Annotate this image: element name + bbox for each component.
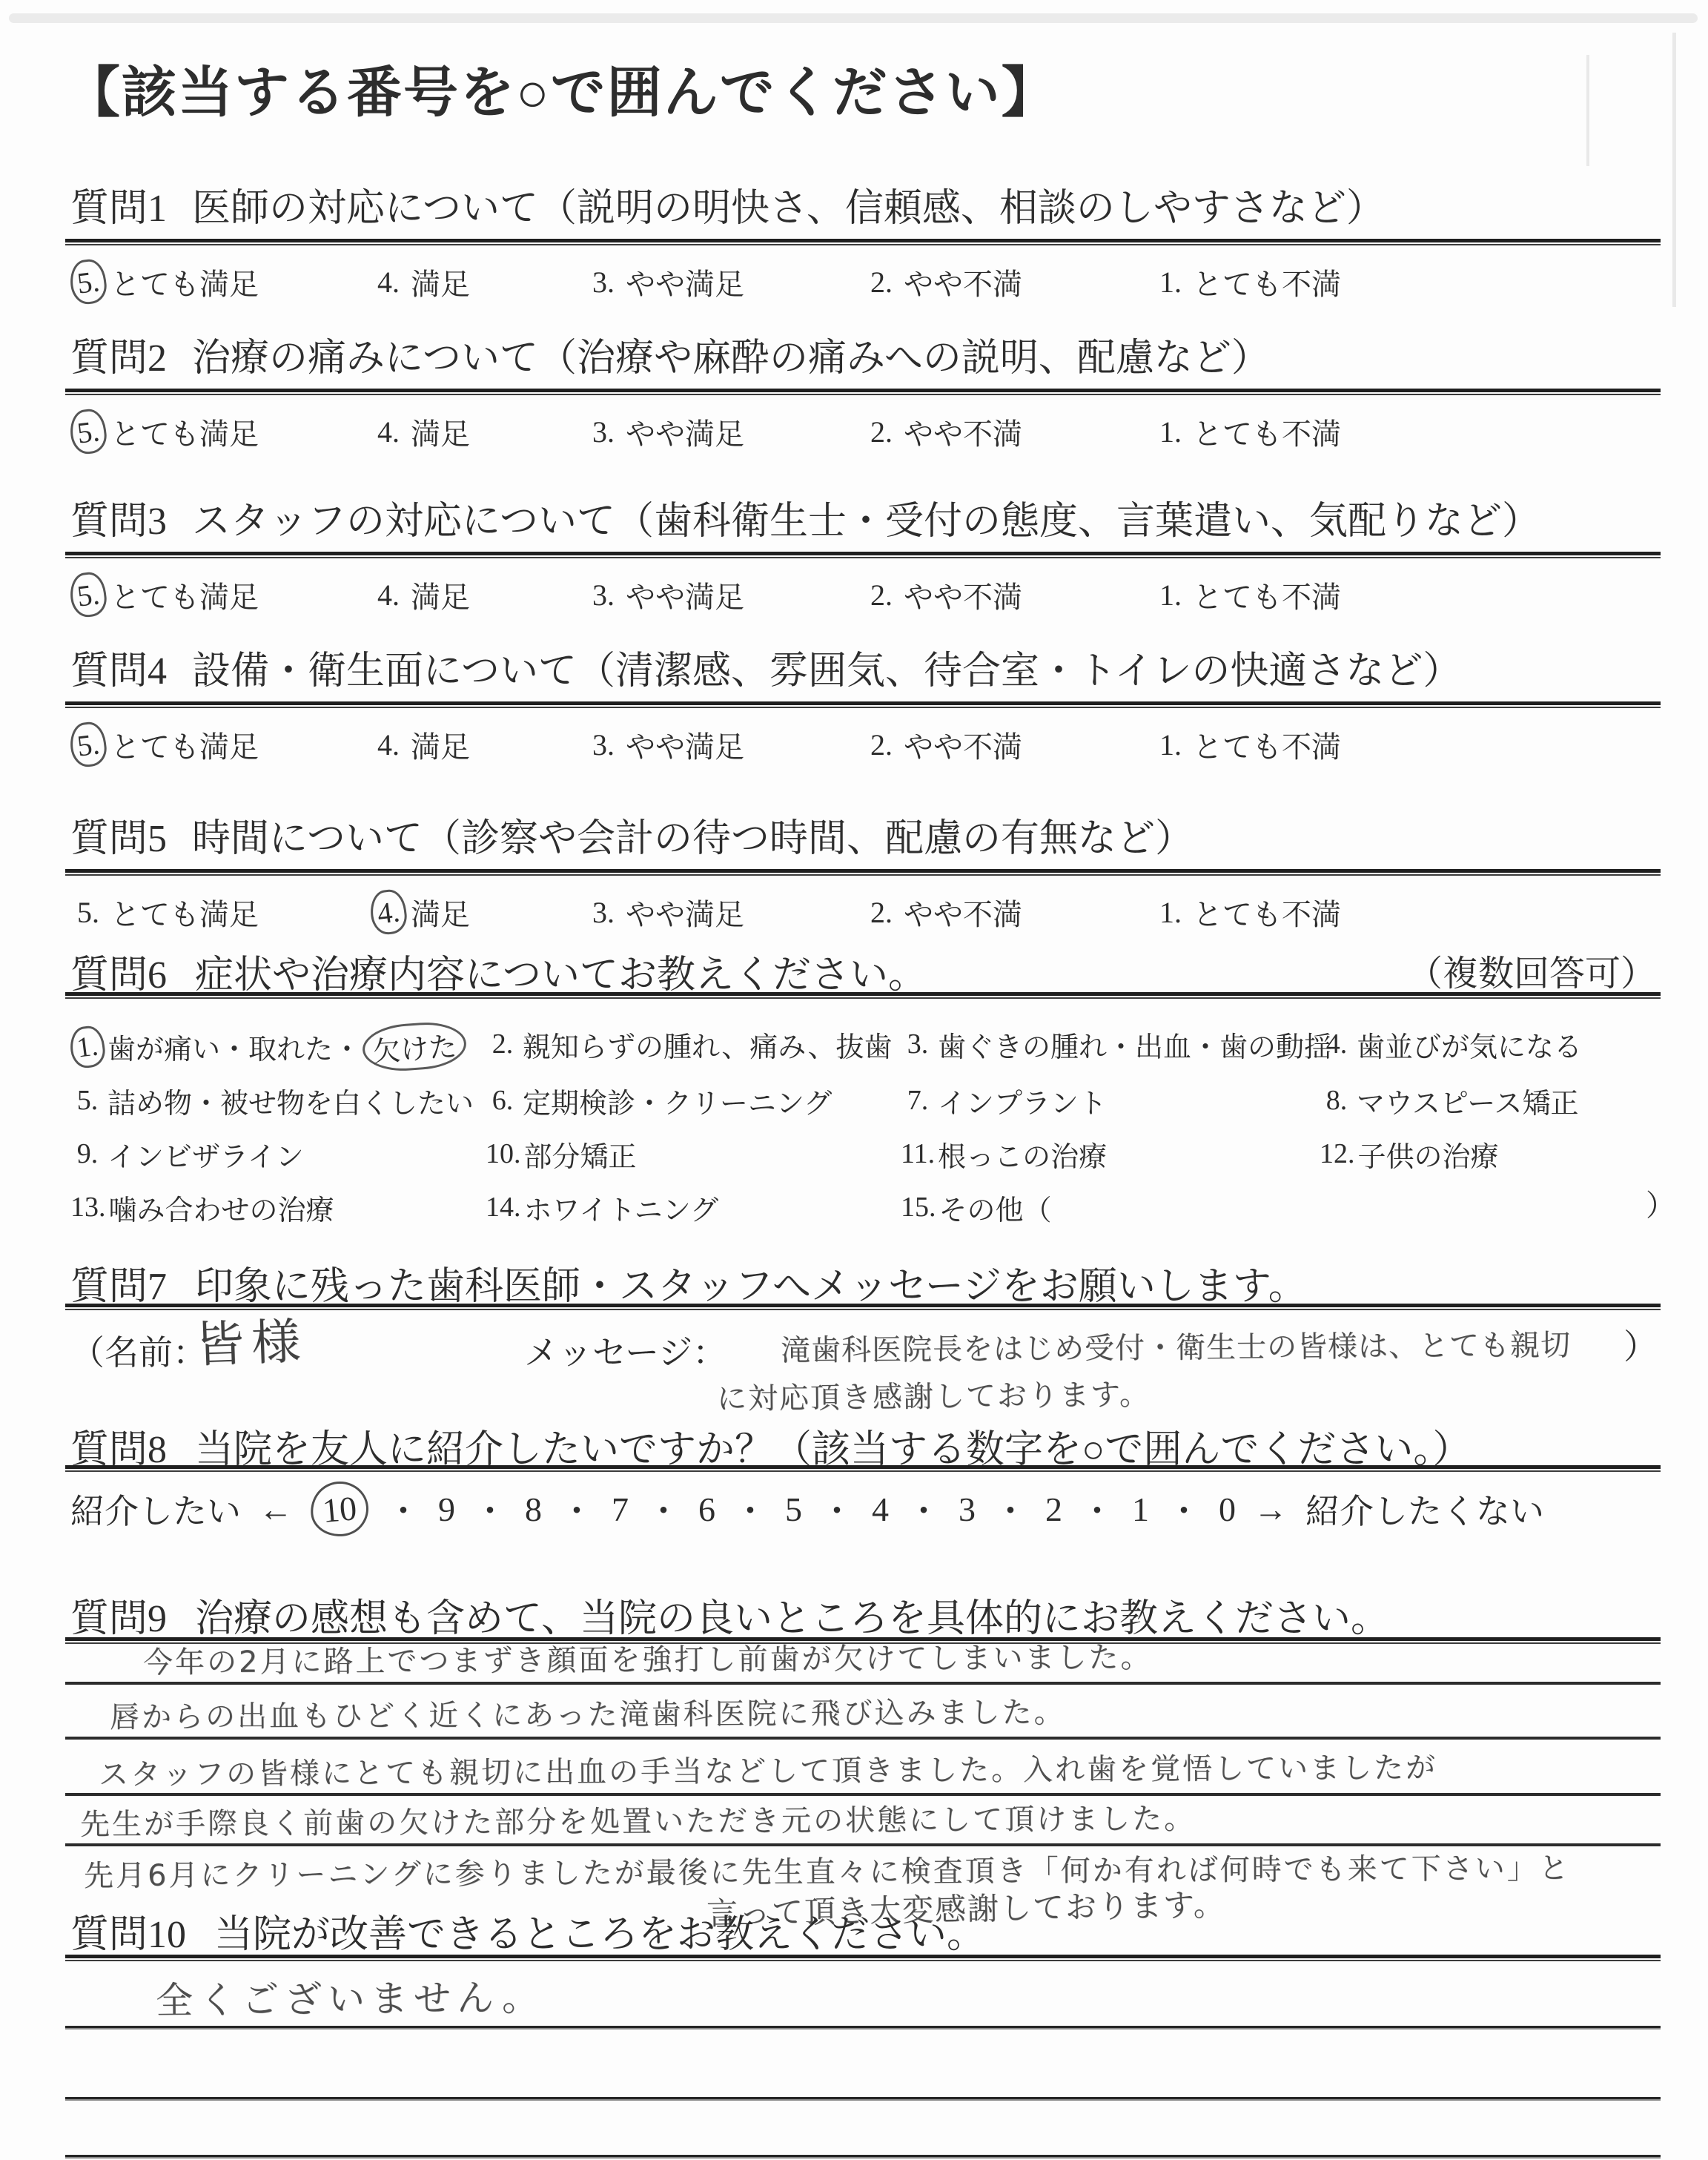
option-number: 12. (1320, 1133, 1355, 1175)
question-heading: 質問3スタッフの対応について（歯科衛生士・受付の態度、言葉遣い、気配りなど） (70, 489, 1661, 543)
nps-right-label: 紹介したくない (1305, 1484, 1544, 1533)
other-option-close-paren: ） (1646, 1182, 1675, 1224)
option-label: 満足 (411, 724, 470, 766)
rating-option-5: 5.とても満足 (70, 890, 259, 934)
option-label: 歯並びが気になる (1357, 1024, 1582, 1065)
scale-number: 0 (1219, 1490, 1236, 1529)
right-arrow-icon: → (1254, 1490, 1288, 1529)
option-number: 2. (864, 722, 899, 767)
heading-rule (65, 992, 1661, 999)
question-6-section: 質問6 症状や治療内容についてお教えください。 （複数回答可） 1.歯が痛い・取… (70, 943, 1661, 1240)
option-label: とても不満 (1193, 261, 1341, 303)
option-number: 3. (586, 260, 621, 304)
rating-option-5: 5.とても満足 (70, 260, 259, 304)
question-title: 時間について（診察や会計の待つ時間、配慮の有無など） (192, 818, 1194, 860)
question-8-section: 質問8 当院を友人に紹介したいですか？（該当する数字を○で囲んでください。） 紹… (70, 1418, 1661, 1551)
option-number: 2. (864, 890, 899, 934)
scale-separator-icon: ・ (646, 1484, 681, 1533)
handwritten-message-line-2: に対応頂き感謝しております。 (717, 1371, 1151, 1418)
scale-number: 9 (438, 1490, 455, 1529)
rating-option-5: 5.とても満足 (70, 722, 259, 767)
question-label: 質問6 (70, 954, 167, 997)
rating-option-1: 1.とても不満 (1153, 890, 1341, 934)
option-label: 満足 (411, 261, 470, 303)
rating-option-3: 3.やや満足 (586, 409, 744, 454)
question-title: 設備・衛生面について（清潔感、雰囲気、待合室・トイレの快適さなど） (192, 650, 1461, 693)
option-number: 13. (70, 1186, 106, 1228)
message-field-label: メッセージ： (524, 1326, 726, 1375)
option-label: 詰め物・被せ物を白くしたい (107, 1080, 474, 1121)
symptom-option-1: 1.歯が痛い・取れた・欠けた (70, 1023, 466, 1070)
option-number: 1. (1153, 260, 1188, 304)
option-label: 親知らずの腫れ、痛み、抜歯 (523, 1024, 893, 1065)
question-heading: 質問8 当院を友人に紹介したいですか？（該当する数字を○で囲んでください。） (70, 1418, 1661, 1471)
name-field-label: （名前： (70, 1326, 207, 1375)
rating-option-3: 3.やや満足 (586, 260, 744, 304)
question-heading: 質問5時間について（診察や会計の待つ時間、配慮の有無など） (70, 807, 1661, 860)
answer-line-4: 先生が手際良く前歯の欠けた部分を処置いただき元の状態にして頂けました。 (65, 1802, 1661, 1846)
scale-separator-icon: ・ (820, 1484, 854, 1533)
option-label: ホワイトニング (524, 1187, 719, 1228)
selected-circle: 1. (68, 1024, 107, 1069)
multiple-answers-note: （複数回答可） (1407, 945, 1656, 996)
rating-option-4: 4.満足 (371, 572, 470, 617)
answer-line-2: 唇からの出血もひどく近くにあった滝歯科医院に飛び込みました。 (65, 1697, 1661, 1740)
heading-rule (65, 1955, 1661, 1961)
symptom-option-3: 3.歯ぐきの腫れ・出血・歯の動揺 (901, 1023, 1332, 1065)
option-label: とても不満 (1193, 411, 1341, 453)
question-heading: 質問4設備・衛生面について（清潔感、雰囲気、待合室・トイレの快適さなど） (70, 639, 1661, 693)
answer-line-3: スタッフの皆様にとても親切に出血の手当などして頂きました。入れ歯を覚悟していまし… (65, 1750, 1661, 1796)
selected-circle: 4. (368, 888, 409, 936)
heading-rule (65, 389, 1661, 395)
option-number: 2. (486, 1023, 520, 1065)
option-number: 2. (864, 409, 899, 454)
question-label: 質問3 (70, 501, 167, 543)
option-number: 4. (371, 409, 406, 454)
question-label: 質問5 (70, 818, 167, 860)
selected-circle: 5. (68, 720, 109, 768)
heading-rule (65, 239, 1661, 245)
symptom-option-5: 5.詰め物・被せ物を白くしたい (70, 1080, 474, 1121)
rating-option-3: 3.やや満足 (586, 890, 744, 934)
option-number: 4. (371, 722, 406, 767)
question-heading: 質問1医師の対応について（説明の明快さ、信頼感、相談のしやすさなど） (70, 176, 1661, 230)
rating-option-4: 4.満足 (371, 722, 470, 767)
selected-circle: 5. (68, 407, 109, 455)
option-number: 2. (864, 572, 899, 617)
question-heading: 質問2治療の痛みについて（治療や麻酔の痛みへの説明、配慮など） (70, 326, 1661, 380)
scale-separator-icon: ・ (907, 1484, 941, 1533)
name-field-close-paren: ） (1623, 1320, 1658, 1369)
rating-option-1: 1.とても不満 (1153, 260, 1341, 304)
option-number: 3. (586, 890, 621, 934)
option-number: 14. (486, 1186, 521, 1228)
option-number: 1. (1153, 722, 1188, 767)
scale-number: 3 (959, 1490, 976, 1529)
option-number: 9. (70, 1133, 105, 1175)
option-label: 定期検診・クリーニング (523, 1080, 832, 1121)
selected-circle: 5. (68, 257, 109, 305)
scale-number: 4 (872, 1490, 889, 1529)
blank-line-rule (65, 2097, 1661, 2101)
scale-separator-icon: ・ (1167, 1484, 1201, 1533)
rating-option-5: 5.とても満足 (70, 572, 259, 617)
question-title: スタッフの対応について（歯科衛生士・受付の態度、言葉遣い、気配りなど） (192, 501, 1540, 543)
blank-line-rule (65, 2155, 1661, 2159)
question-heading: 質問9 治療の感想も含めて、当院の良いところを具体的にお教えください。 (70, 1587, 1661, 1640)
heading-rule (65, 869, 1661, 876)
symptom-option-15: 15.その他（ (901, 1186, 1052, 1228)
scale-number: 1 (1132, 1490, 1149, 1529)
rating-option-2: 2.やや不満 (864, 409, 1022, 454)
handwritten-text: スタッフの皆様にとても親切に出血の手当などして頂きました。入れ歯を覚悟していまし… (99, 1744, 1437, 1793)
option-label: 根っこの治療 (938, 1134, 1107, 1175)
option-label: 子供の治療 (1358, 1134, 1499, 1175)
option-number: 11. (901, 1133, 935, 1175)
handwritten-text: 唇からの出血もひどく近くにあった滝歯科医院に飛び込みました。 (110, 1689, 1066, 1737)
question-9-section: 質問9 治療の感想も含めて、当院の良いところを具体的にお教えください。 今年の2… (70, 1587, 1661, 1906)
option-number: 15. (901, 1186, 936, 1228)
answer-underline-rule (65, 2026, 1661, 2029)
option-label: やや不満 (904, 411, 1022, 453)
question-2-section: 質問2治療の痛みについて（治療や麻酔の痛みへの説明、配慮など）5.とても満足4.… (70, 326, 1661, 467)
question-label: 質問4 (70, 650, 167, 693)
handwritten-answer: 全くございません。 (156, 1968, 546, 2025)
option-label: 歯ぐきの腫れ・出血・歯の動揺 (938, 1024, 1332, 1065)
rating-option-4: 4.満足 (371, 890, 470, 934)
scan-artifact-top-band (9, 13, 1698, 23)
handwritten-text: 今年の2月に路上でつまずき顔面を強打し前歯が欠けてしまいました。 (143, 1634, 1153, 1681)
option-number: 8. (1320, 1080, 1354, 1121)
option-label: やや満足 (626, 724, 744, 766)
scale-number: 8 (525, 1490, 542, 1529)
rating-option-2: 2.やや不満 (864, 890, 1022, 934)
circled-word: 欠けた (361, 1020, 468, 1074)
option-label: とても満足 (110, 724, 259, 766)
scale-separator-icon: ・ (473, 1484, 507, 1533)
heading-rule (65, 701, 1661, 708)
option-number: 2. (864, 260, 899, 304)
option-number: 4. (1320, 1023, 1354, 1065)
option-number: 7. (901, 1080, 935, 1121)
heading-rule (65, 1465, 1661, 1472)
option-label: とても満足 (110, 891, 259, 934)
question-label: 質問2 (70, 337, 167, 380)
question-title: 症状や治療内容についてお教えください。 (195, 954, 927, 997)
option-label: 満足 (411, 574, 470, 616)
question-5-section: 質問5時間について（診察や会計の待つ時間、配慮の有無など）5.とても満足4.満足… (70, 807, 1661, 948)
question-title: 治療の感想も含めて、当院の良いところを具体的にお教えください。 (195, 1598, 1389, 1640)
handwritten-text: 先生が手際良く前歯の欠けた部分を処置いただき元の状態にして頂けました。 (80, 1795, 1196, 1843)
scale-separator-icon: ・ (386, 1484, 420, 1533)
question-heading: 質問7 印象に残った歯科医師・スタッフへメッセージをお願いします。 (70, 1255, 1661, 1308)
question-4-section: 質問4設備・衛生面について（清潔感、雰囲気、待合室・トイレの快適さなど）5.とて… (70, 639, 1661, 780)
rating-option-4: 4.満足 (371, 260, 470, 304)
handwritten-message-line-1: 滝歯科医院長をはじめ受付・衛生士の皆様は、とても親切 (781, 1321, 1571, 1369)
symptom-option-7: 7.インプラント (901, 1080, 1107, 1121)
option-label: やや不満 (904, 724, 1022, 766)
option-label: とても不満 (1193, 574, 1341, 616)
left-arrow-icon: ← (259, 1490, 293, 1529)
heading-rule (65, 552, 1661, 558)
option-label: とても満足 (110, 574, 259, 616)
option-number: 3. (586, 722, 621, 767)
option-number: 6. (486, 1080, 520, 1121)
option-number: 5. (70, 1080, 105, 1121)
question-heading: 質問6 症状や治療内容についてお教えください。 （複数回答可） (70, 943, 1661, 997)
option-label: やや満足 (626, 411, 744, 453)
dental-survey-form: 【該当する番号を○で囲んでください】 質問1医師の対応について（説明の明快さ、信… (0, 0, 1708, 2160)
rating-option-2: 2.やや不満 (864, 260, 1022, 304)
scale-separator-icon: ・ (560, 1484, 594, 1533)
question-label: 質問7 (70, 1266, 167, 1308)
option-label: 噛み合わせの治療 (109, 1187, 334, 1228)
symptom-option-11: 11.根っこの治療 (901, 1133, 1107, 1175)
selected-circle: 10 (308, 1479, 371, 1539)
option-number: 4. (371, 572, 406, 617)
scan-artifact-streak (1586, 55, 1589, 166)
rating-option-2: 2.やや不満 (864, 572, 1022, 617)
scan-artifact-streak (1672, 33, 1676, 307)
question-title: 印象に残った歯科医師・スタッフへメッセージをお願いします。 (195, 1266, 1307, 1308)
selected-circle: 5. (68, 570, 109, 618)
option-label: インプラント (938, 1080, 1107, 1121)
option-number: 10. (486, 1133, 521, 1175)
scale-number: 7 (612, 1490, 629, 1529)
option-number: 1. (1153, 409, 1188, 454)
symptom-option-8: 8.マウスピース矯正 (1320, 1080, 1578, 1121)
symptom-option-4: 4.歯並びが気になる (1320, 1023, 1582, 1065)
option-label: 満足 (411, 411, 470, 453)
scale-number: 6 (698, 1490, 715, 1529)
scale-separator-icon: ・ (993, 1484, 1027, 1533)
option-number: 1. (1153, 572, 1188, 617)
option-label: その他（ (939, 1187, 1052, 1228)
question-1-section: 質問1医師の対応について（説明の明快さ、信頼感、相談のしやすさなど）5.とても満… (70, 176, 1661, 317)
option-label: やや満足 (626, 891, 744, 934)
question-title: 医師の対応について（説明の明快さ、信頼感、相談のしやすさなど） (192, 188, 1385, 230)
option-number: 5. (70, 890, 106, 934)
symptom-option-2: 2.親知らずの腫れ、痛み、抜歯 (486, 1023, 893, 1065)
option-label: マウスピース矯正 (1357, 1080, 1578, 1121)
rating-option-1: 1.とても不満 (1153, 409, 1341, 454)
scale-number: 2 (1045, 1490, 1062, 1529)
symptom-option-10: 10.部分矯正 (486, 1133, 637, 1175)
symptom-option-13: 13.噛み合わせの治療 (70, 1186, 334, 1228)
option-label: とても不満 (1193, 724, 1341, 766)
rating-option-5: 5.とても満足 (70, 409, 259, 454)
scale-separator-icon: ・ (733, 1484, 767, 1533)
answer-line-1: 今年の2月に路上でつまずき顔面を強打し前歯が欠けてしまいました。 (65, 1640, 1661, 1685)
option-label: インビザライン (107, 1134, 304, 1175)
rating-option-1: 1.とても不満 (1153, 722, 1341, 767)
option-label: とても満足 (110, 411, 259, 453)
option-label: とても満足 (110, 261, 259, 303)
recommendation-scale: 紹介したい←10・9・8・7・6・5・4・3・2・1・0→紹介したくない (70, 1480, 1661, 1538)
symptom-option-14: 14.ホワイトニング (486, 1186, 718, 1228)
nps-left-label: 紹介したい (70, 1484, 241, 1533)
rating-option-1: 1.とても不満 (1153, 572, 1341, 617)
option-number: 1. (1153, 890, 1188, 934)
option-number: 4. (371, 260, 406, 304)
symptom-option-12: 12.子供の治療 (1320, 1133, 1499, 1175)
rating-option-3: 3.やや満足 (586, 572, 744, 617)
question-title: 当院が改善できるところをお教えください。 (214, 1914, 985, 1956)
question-label: 質問9 (70, 1598, 167, 1640)
option-number: 3. (586, 572, 621, 617)
page-title: 【該当する番号を○で囲んでください】 (65, 49, 1058, 128)
option-label: 満足 (411, 891, 470, 934)
option-number: 3. (901, 1023, 935, 1065)
rating-option-2: 2.やや不満 (864, 722, 1022, 767)
option-label: やや不満 (904, 891, 1022, 934)
question-7-section: 質問7 印象に残った歯科医師・スタッフへメッセージをお願いします。 （名前： 皆… (70, 1255, 1661, 1418)
option-label: やや満足 (626, 261, 744, 303)
rating-option-4: 4.満足 (371, 409, 470, 454)
option-label: とても不満 (1193, 891, 1341, 934)
question-heading: 質問10 当院が改善できるところをお教えください。 (70, 1903, 1661, 1956)
symptom-option-9: 9.インビザライン (70, 1133, 304, 1175)
option-label: 部分矯正 (524, 1134, 637, 1175)
symptom-option-6: 6.定期検診・クリーニング (486, 1080, 832, 1121)
option-label: 歯が痛い・取れた・ (107, 1026, 361, 1067)
rating-option-3: 3.やや満足 (586, 722, 744, 767)
question-label: 質問1 (70, 188, 167, 230)
option-label: やや不満 (904, 574, 1022, 616)
question-label: 質問10 (70, 1914, 186, 1956)
handwritten-name: 皆様 (193, 1301, 308, 1375)
question-3-section: 質問3スタッフの対応について（歯科衛生士・受付の態度、言葉遣い、気配りなど）5.… (70, 489, 1661, 630)
scale-separator-icon: ・ (1080, 1484, 1114, 1533)
option-number: 3. (586, 409, 621, 454)
scale-number: 5 (785, 1490, 802, 1529)
option-label: やや満足 (626, 574, 744, 616)
question-title: 治療の痛みについて（治療や麻酔の痛みへの説明、配慮など） (192, 337, 1270, 380)
option-label: やや不満 (904, 261, 1022, 303)
